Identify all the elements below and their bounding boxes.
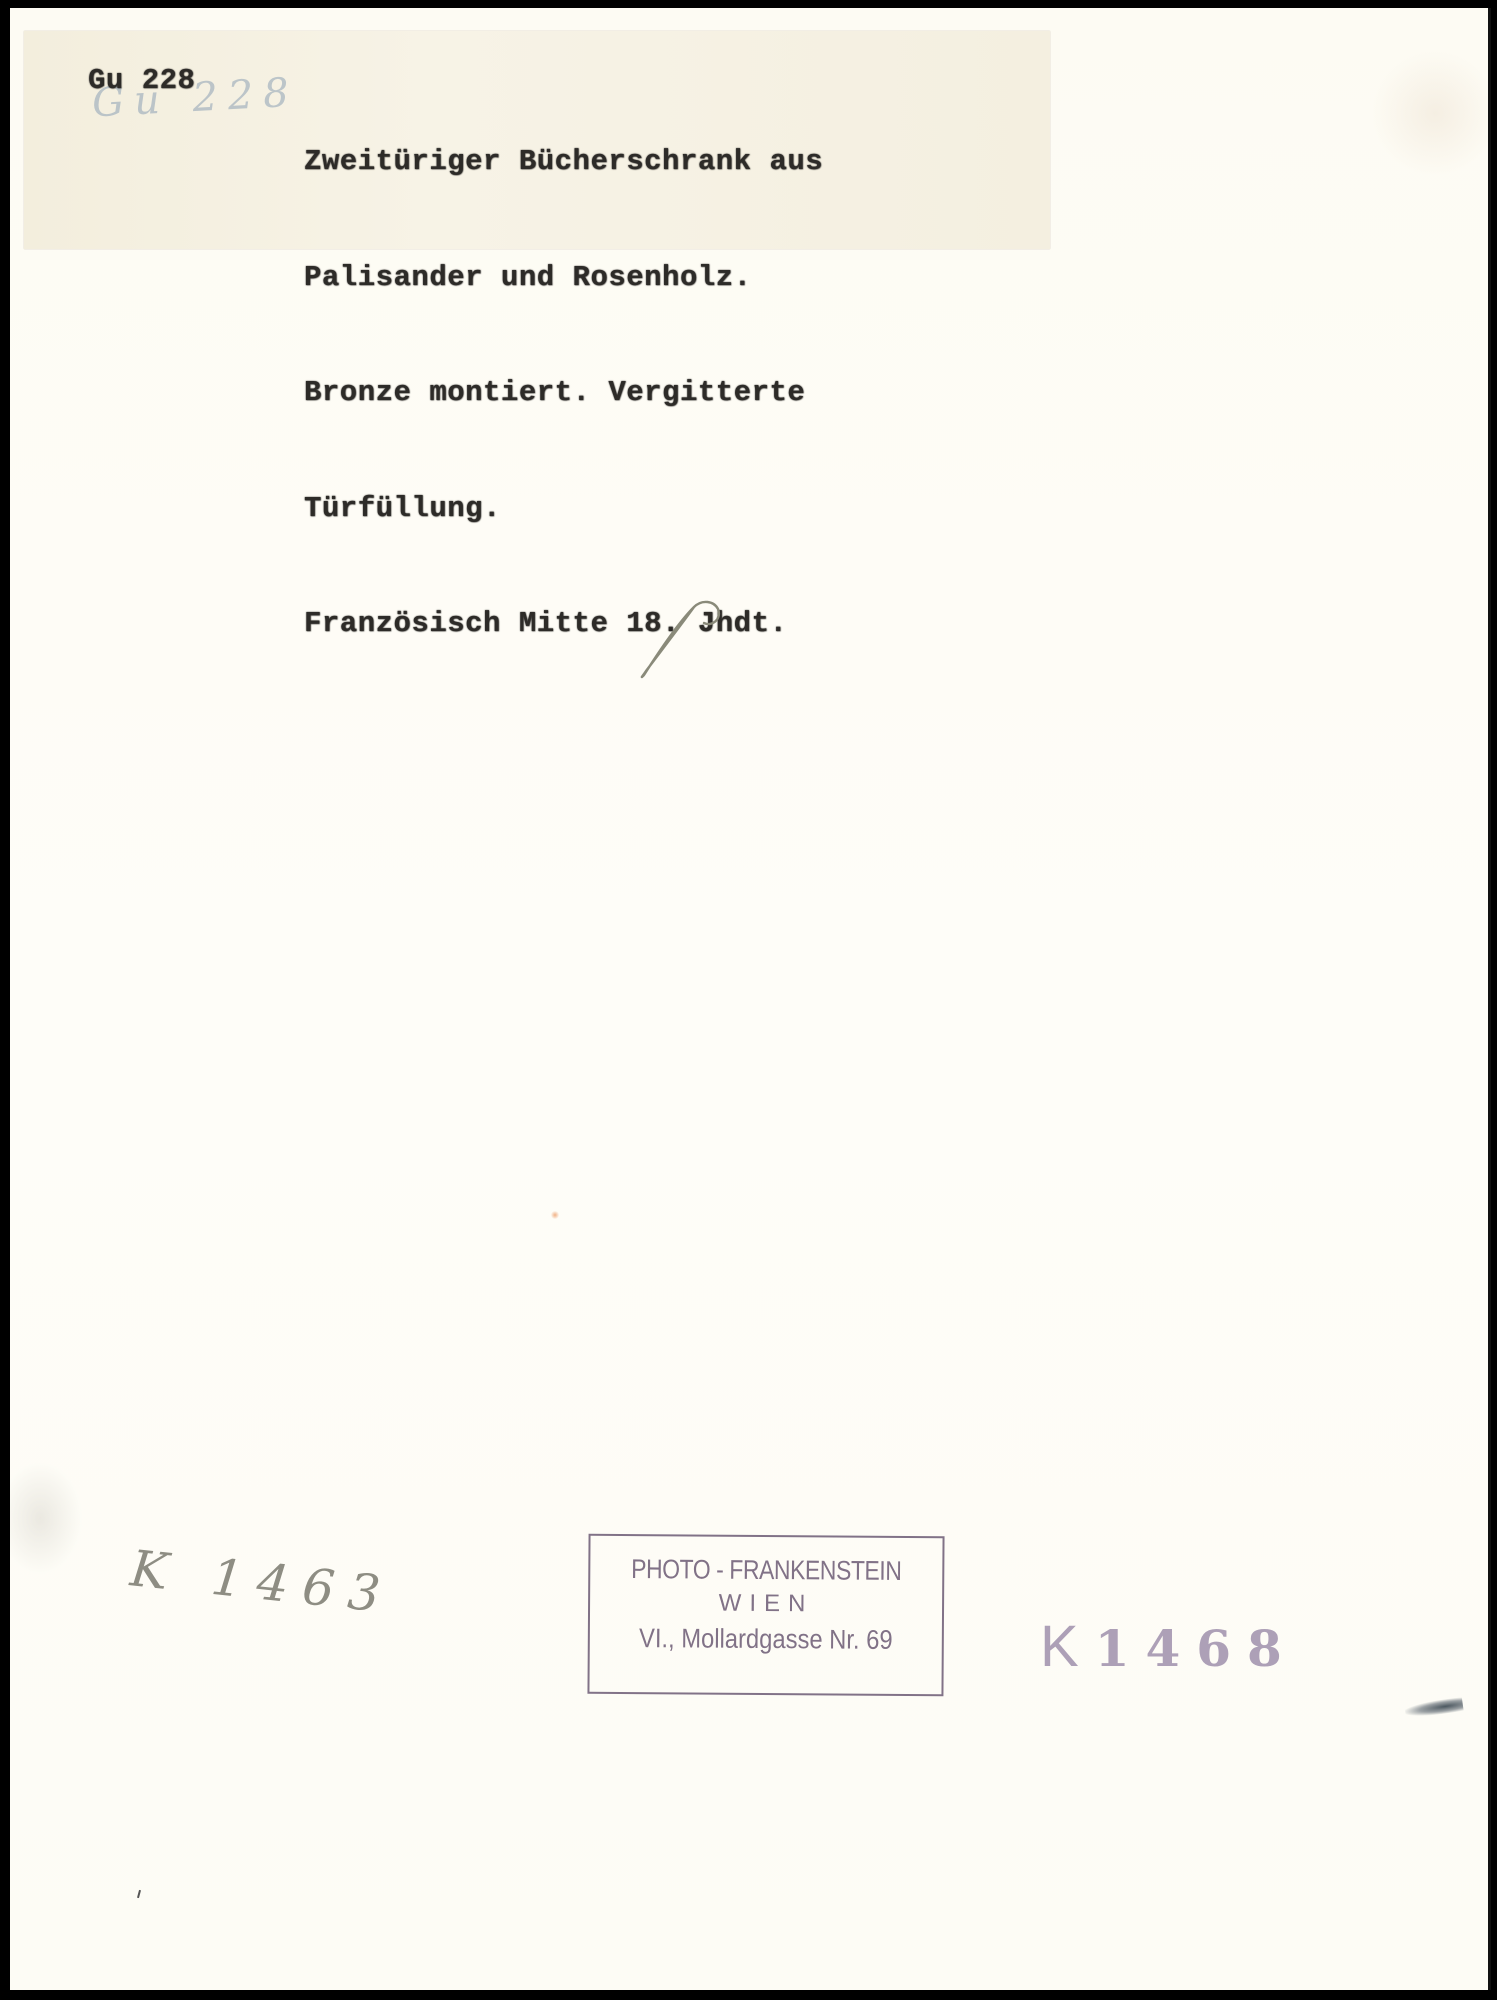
description-line: Bronze montiert. Vergitterte <box>304 374 823 413</box>
stamp-address: VI., Mollardgasse Nr. 69 <box>611 1623 921 1656</box>
typed-label: Gu 228 Gu 228 Zweitüriger Bücherschrank … <box>24 31 1050 249</box>
description-line: Türfüllung. <box>304 490 823 529</box>
ink-spot <box>551 1211 559 1219</box>
stamp-city: WIEN <box>590 1589 942 1619</box>
pencil-dot <box>137 1890 141 1898</box>
numbered-stamp: K1468 <box>1040 1613 1298 1680</box>
photo-card-back: Gu 228 Gu 228 Zweitüriger Bücherschrank … <box>10 8 1491 1990</box>
numbered-stamp-number: 1468 <box>1095 1619 1298 1678</box>
description-line: Zweitüriger Bücherschrank aus <box>304 143 823 182</box>
photographer-stamp: PHOTO - FRANKENSTEIN WIEN VI., Mollardga… <box>587 1534 944 1696</box>
numbered-stamp-prefix: K <box>1040 1614 1095 1679</box>
pencil-p-icon <box>638 593 728 683</box>
catalog-number: Gu 228 <box>88 62 195 101</box>
pencil-inventory-number: K 1463 <box>128 1539 397 1624</box>
description-line: Palisander und Rosenholz. <box>304 259 823 298</box>
description-line: Französisch Mitte 18. Jhdt. <box>304 605 823 644</box>
stamp-studio-name: PHOTO - FRANKENSTEIN <box>617 1554 916 1587</box>
smudge-mark <box>1404 1697 1463 1719</box>
label-description: Zweitüriger Bücherschrank aus Palisander… <box>304 66 823 721</box>
pencil-p-mark: P <box>638 593 728 687</box>
